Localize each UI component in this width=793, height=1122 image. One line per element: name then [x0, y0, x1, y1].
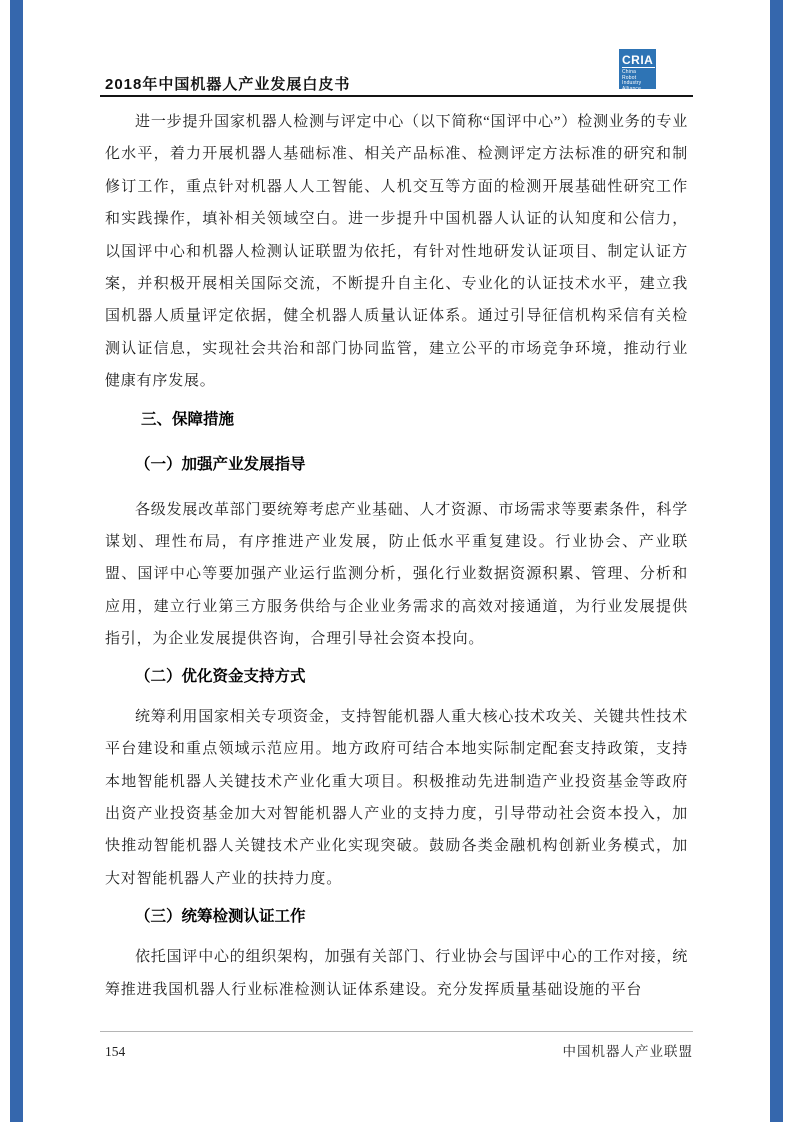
- section-heading-safeguard-measures: 三、保障措施: [141, 408, 688, 432]
- paragraph-testing-certification: 依托国评中心的组织架构，加强有关部门、行业协会与国评中心的工作对接，统筹推进我国…: [105, 941, 688, 1006]
- document-body: 进一步提升国家机器人检测与评定中心（以下简称“国评中心”）检测业务的专业化水平，…: [105, 106, 688, 1006]
- left-border-bar: [10, 0, 23, 1122]
- cria-logo-acronym: CRIA: [622, 54, 655, 68]
- page-footer: 154 中国机器人产业联盟: [100, 1031, 693, 1060]
- paragraph-certification-intro: 进一步提升国家机器人检测与评定中心（以下简称“国评中心”）检测业务的专业化水平，…: [105, 106, 688, 398]
- subsection-heading-testing-certification: （三）统筹检测认证工作: [135, 905, 688, 929]
- paragraph-funding-support: 统筹利用国家相关专项资金，支持智能机器人重大核心技术攻关、关键共性技术平台建设和…: [105, 701, 688, 895]
- subsection-heading-funding-support: （二）优化资金支持方式: [135, 665, 688, 689]
- document-page: 2018年中国机器人产业发展白皮书 CRIA China Robot Indus…: [0, 0, 793, 1122]
- cria-logo-subtitle: China Robot Industry Alliance: [622, 70, 656, 92]
- subsection-heading-industry-guidance: （一）加强产业发展指导: [135, 453, 688, 477]
- page-number: 154: [100, 1044, 125, 1060]
- document-title: 2018年中国机器人产业发展白皮书: [105, 73, 350, 94]
- cria-logo-subtitle-line: Alliance: [622, 87, 656, 93]
- footer-organization: 中国机器人产业联盟: [563, 1040, 694, 1060]
- header-divider: [100, 95, 693, 97]
- cria-logo: CRIA China Robot Industry Alliance: [619, 49, 656, 89]
- right-border-bar: [770, 0, 783, 1122]
- paragraph-industry-guidance: 各级发展改革部门要统筹考虑产业基础、人才资源、市场需求等要素条件，科学谋划、理性…: [105, 494, 688, 656]
